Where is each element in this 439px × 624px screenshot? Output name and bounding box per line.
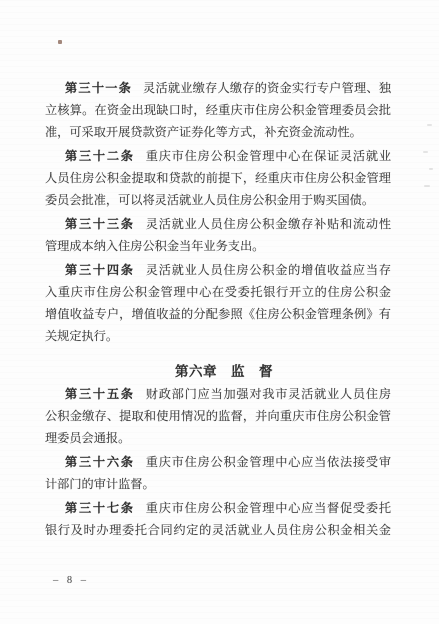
article-number: 第三十七条 — [65, 501, 135, 515]
article-paragraph: 第三十三条灵活就业人员住房公积金缴存补贴和流动性 管理成本纳入住房公积金当年业务… — [45, 213, 391, 257]
article-text: 灵活就业人员住房公积金缴存补贴和流动性 — [146, 217, 391, 231]
text-line: 银行及时办理委托合同约定的灵活就业人员住房公积金相关金 — [45, 519, 391, 541]
text-line: 管理成本纳入住房公积金当年业务支出。 — [45, 235, 391, 257]
text-line: 第三十一条灵活就业缴存人缴存的资金实行专户管理、独 — [45, 77, 391, 99]
article-number: 第三十三条 — [65, 217, 135, 231]
article-text: 重庆市住房公积金管理中心在保证灵活就业 — [146, 149, 391, 163]
article-paragraph: 第三十七条重庆市住房公积金管理中心应当督促受委托 银行及时办理委托合同约定的灵活… — [45, 497, 391, 541]
article-paragraph: 第三十四条灵活就业人员住房公积金的增值收益应当存 入重庆市住房公积金管理中心在受… — [45, 259, 391, 347]
article-text: 灵活就业人员住房公积金的增值收益应当存 — [146, 263, 391, 277]
text-line: 增值收益专户，增值收益的分配参照《住房公积金管理条例》有 — [45, 303, 391, 325]
article-paragraph: 第三十二条重庆市住房公积金管理中心在保证灵活就业 人员住房公积金提取和贷款的前提… — [45, 145, 391, 211]
text-line: 公积金缴存、提取和使用情况的监督，并向重庆市住房公积金管 — [45, 405, 391, 427]
text-line: 关规定执行。 — [45, 325, 391, 347]
scan-artifact-dot — [58, 40, 62, 44]
scan-artifact-mark — [427, 124, 432, 126]
article-number: 第三十六条 — [65, 455, 135, 469]
document-page: 第三十一条灵活就业缴存人缴存的资金实行专户管理、独 立核算。在资金出现缺口时，经… — [0, 0, 439, 624]
article-paragraph: 第三十一条灵活就业缴存人缴存的资金实行专户管理、独 立核算。在资金出现缺口时，经… — [45, 77, 391, 143]
text-line: 计部门的审计监督。 — [45, 473, 391, 495]
text-line: 第三十七条重庆市住房公积金管理中心应当督促受委托 — [45, 497, 391, 519]
text-line: 立核算。在资金出现缺口时，经重庆市住房公积金管理委员会批 — [45, 99, 391, 121]
article-paragraph: 第三十五条财政部门应当加强对我市灵活就业人员住房 公积金缴存、提取和使用情况的监… — [45, 383, 391, 449]
article-paragraph: 第三十六条重庆市住房公积金管理中心应当依法接受审 计部门的审计监督。 — [45, 451, 391, 495]
text-line: 准，可采取开展贷款资产证券化等方式，补充资金流动性。 — [45, 121, 391, 143]
text-line: 理委员会通报。 — [45, 427, 391, 449]
article-text: 灵活就业缴存人缴存的资金实行专户管理、独 — [143, 81, 391, 95]
article-number: 第三十一条 — [65, 81, 132, 95]
page-number: – 8 – — [53, 575, 89, 586]
article-number: 第三十二条 — [65, 149, 135, 163]
text-line: 入重庆市住房公积金管理中心在受委托银行开立的住房公积金 — [45, 281, 391, 303]
scan-artifact-mark — [423, 151, 428, 153]
article-text: 重庆市住房公积金管理中心应当督促受委托 — [146, 501, 391, 515]
text-line: 人员住房公积金提取和贷款的前提下，经重庆市住房公积金管理 — [45, 167, 391, 189]
document-content: 第三十一条灵活就业缴存人缴存的资金实行专户管理、独 立核算。在资金出现缺口时，经… — [45, 77, 391, 541]
article-number: 第三十四条 — [65, 263, 135, 277]
scan-artifact-mark — [424, 185, 430, 187]
text-line: 第三十四条灵活就业人员住房公积金的增值收益应当存 — [45, 259, 391, 281]
text-line: 委员会批准，可以将灵活就业人员住房公积金用于购买国债。 — [45, 189, 391, 211]
article-text: 重庆市住房公积金管理中心应当依法接受审 — [146, 455, 391, 469]
article-number: 第三十五条 — [65, 387, 135, 401]
chapter-heading: 第六章 监 督 — [45, 361, 391, 383]
scan-artifact-mark — [429, 168, 433, 170]
text-line: 第三十三条灵活就业人员住房公积金缴存补贴和流动性 — [45, 213, 391, 235]
text-line: 第三十五条财政部门应当加强对我市灵活就业人员住房 — [45, 383, 391, 405]
article-text: 财政部门应当加强对我市灵活就业人员住房 — [146, 387, 391, 401]
text-line: 第三十六条重庆市住房公积金管理中心应当依法接受审 — [45, 451, 391, 473]
text-line: 第三十二条重庆市住房公积金管理中心在保证灵活就业 — [45, 145, 391, 167]
